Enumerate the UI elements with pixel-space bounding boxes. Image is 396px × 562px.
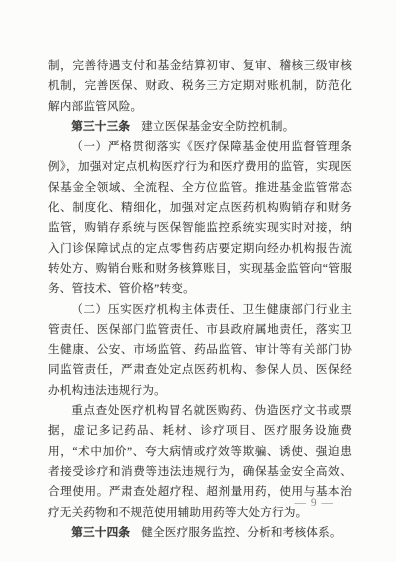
document-text-block: 制，完善待遇支付和基金结算初审、复审、稽核三级审核机制，完善医保、财政、税务三方…: [48, 56, 352, 543]
article-33-title: 建立医保基金安全防控机制。: [141, 120, 294, 133]
article-33-heading: 第三十三条建立医保基金安全防控机制。: [48, 117, 352, 137]
document-page: 制，完善待遇支付和基金结算初审、复审、稽核三级审核机制，完善医保、财政、税务三方…: [0, 0, 396, 562]
paragraph-item-2: （二）压实医疗机构主体责任、卫生健康部门行业主管责任、医保部门监管责任、市县政府…: [48, 300, 352, 401]
page-number: — 9 —: [295, 497, 335, 509]
paragraph-continued: 制，完善待遇支付和基金结算初审、复审、稽核三级审核机制，完善医保、财政、税务三方…: [48, 56, 352, 117]
article-33-number: 第三十三条: [71, 120, 130, 133]
article-34-number: 第三十四条: [71, 526, 130, 539]
paragraph-item-1: （一）严格贯彻落实《医疗保障基金使用监督管理条例》，加强对定点机构医疗行为和医疗…: [48, 137, 352, 299]
article-34-heading: 第三十四条健全医疗服务监控、分析和考核体系。: [48, 523, 352, 543]
article-34-title: 健全医疗服务监控、分析和考核体系。: [141, 526, 342, 539]
